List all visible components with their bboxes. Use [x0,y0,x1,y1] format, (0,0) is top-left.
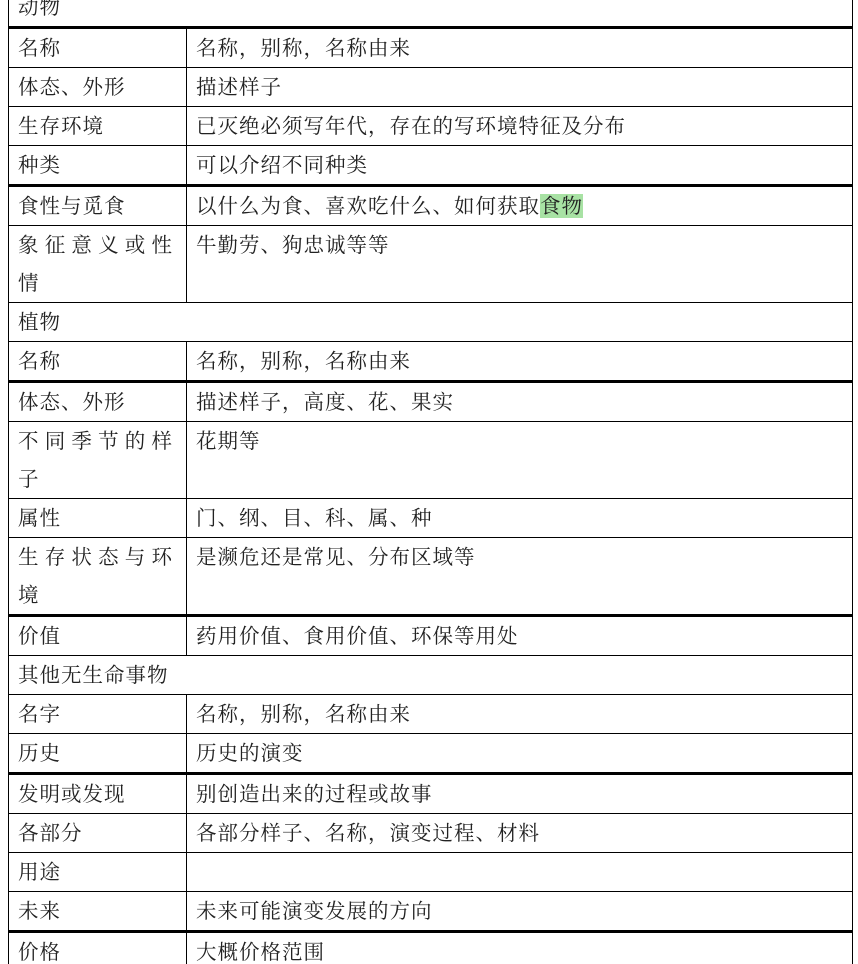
table-row: 生存环境 已灭绝必须写年代，存在的写环境特征及分布 [9,107,853,146]
row-value-text: 以什么为食、喜欢吃什么、如何获取 [196,194,540,218]
table-row: 属性 门、纲、目、科、属、种 [9,499,853,538]
table-row: 未来 未来可能演变发展的方向 [9,892,853,932]
row-key: 名称 [9,28,187,68]
table-row: 不同季节的样子 花期等 [9,422,853,499]
table-row: 食性与觅食 以什么为食、喜欢吃什么、如何获取食物 [9,186,853,226]
row-value: 牛勤劳、狗忠诚等等 [187,226,853,303]
row-value: 门、纲、目、科、属、种 [187,499,853,538]
section-title: 其他无生命事物 [9,656,853,695]
table-row: 种类 可以介绍不同种类 [9,146,853,186]
row-key: 食性与觅食 [9,186,187,226]
table-row: 名称 名称，别称，名称由来 [9,28,853,68]
row-key: 未来 [9,892,187,932]
row-key: 历史 [9,734,187,774]
table-row: 各部分 各部分样子、名称，演变过程、材料 [9,814,853,853]
row-value: 是濒危还是常见、分布区域等 [187,538,853,616]
row-value: 花期等 [187,422,853,499]
content-table: 动物 名称 名称，别称，名称由来 体态、外形 描述样子 生存环境 已灭绝必须写年… [8,0,853,964]
row-key: 象征意义或性情 [9,226,187,303]
row-value: 描述样子，高度、花、果实 [187,382,853,422]
row-value: 未来可能演变发展的方向 [187,892,853,932]
row-value: 别创造出来的过程或故事 [187,774,853,814]
row-key: 体态、外形 [9,68,187,107]
section-header-row: 动物 [9,0,853,28]
table-row: 体态、外形 描述样子 [9,68,853,107]
table-row: 名称 名称，别称，名称由来 [9,342,853,382]
row-key: 体态、外形 [9,382,187,422]
row-value: 已灭绝必须写年代，存在的写环境特征及分布 [187,107,853,146]
row-value: 大概价格范围 [187,932,853,964]
table-row: 历史 历史的演变 [9,734,853,774]
table-row: 发明或发现 别创造出来的过程或故事 [9,774,853,814]
row-key: 名称 [9,342,187,382]
row-value: 药用价值、食用价值、环保等用处 [187,616,853,656]
row-value: 可以介绍不同种类 [187,146,853,186]
row-key: 种类 [9,146,187,186]
section-header-row: 其他无生命事物 [9,656,853,695]
row-value [187,853,853,892]
row-key: 生存环境 [9,107,187,146]
row-key: 属性 [9,499,187,538]
section-title: 植物 [9,303,853,342]
row-value: 历史的演变 [187,734,853,774]
row-value: 以什么为食、喜欢吃什么、如何获取食物 [187,186,853,226]
highlighted-text: 食物 [540,194,583,218]
row-value: 各部分样子、名称，演变过程、材料 [187,814,853,853]
table-row: 用途 [9,853,853,892]
table-row: 生存状态与环境 是濒危还是常见、分布区域等 [9,538,853,616]
row-value: 名称，别称，名称由来 [187,342,853,382]
row-value: 描述样子 [187,68,853,107]
table-row: 名字 名称，别称，名称由来 [9,695,853,734]
table-row: 价值 药用价值、食用价值、环保等用处 [9,616,853,656]
row-key: 生存状态与环境 [9,538,187,616]
row-key: 名字 [9,695,187,734]
row-key: 价格 [9,932,187,964]
row-value: 名称，别称，名称由来 [187,695,853,734]
row-key: 发明或发现 [9,774,187,814]
section-title: 动物 [9,0,853,28]
row-key: 用途 [9,853,187,892]
row-key: 不同季节的样子 [9,422,187,499]
table-row: 价格 大概价格范围 [9,932,853,964]
row-value: 名称，别称，名称由来 [187,28,853,68]
section-header-row: 植物 [9,303,853,342]
table-row: 象征意义或性情 牛勤劳、狗忠诚等等 [9,226,853,303]
row-key: 各部分 [9,814,187,853]
table-row: 体态、外形 描述样子，高度、花、果实 [9,382,853,422]
row-key: 价值 [9,616,187,656]
